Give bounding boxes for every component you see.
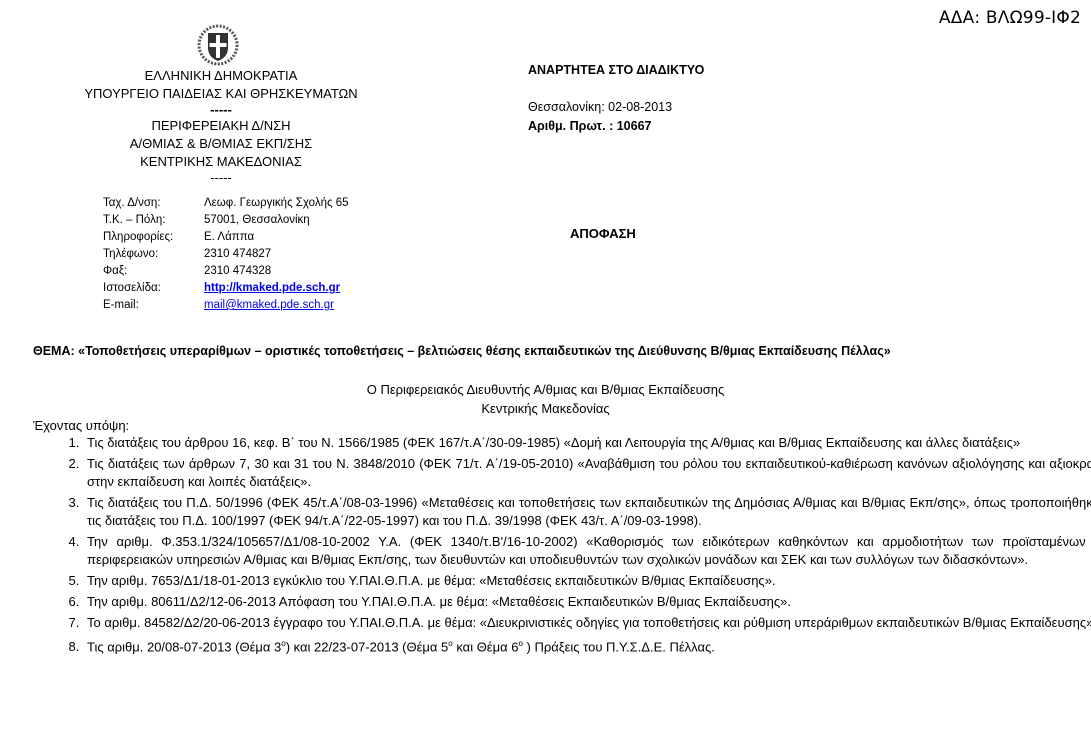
protocol-number: Αριθμ. Πρωτ. : 10667 xyxy=(528,119,651,133)
issuer-header: ΕΛΛΗΝΙΚΗ ΔΗΜΟΚΡΑΤΙΑ ΥΠΟΥΡΓΕΙΟ ΠΑΙΔΕΙΑΣ Κ… xyxy=(60,67,382,185)
place-date: Θεσσαλονίκη: 02-08-2013 xyxy=(528,100,672,114)
email-link[interactable]: mail@kmaked.pde.sch.gr xyxy=(204,297,334,314)
info-label: Πληροφορίες: xyxy=(103,229,204,246)
website-label: Ιστοσελίδα: xyxy=(103,280,204,297)
city-label: Τ.Κ. – Πόλη: xyxy=(103,212,204,229)
considering-label: Έχοντας υπόψη: xyxy=(33,418,129,433)
fax-value: 2310 474328 xyxy=(204,263,271,280)
post-online-notice: ΑΝΑΡΤΗΤΕΑ ΣΤΟ ΔΙΑΔΙΚΤΥΟ xyxy=(528,63,704,77)
list-item: Τις διατάξεις του Π.Δ. 50/1996 (ΦΕΚ 45/τ… xyxy=(83,494,1091,530)
phone-value: 2310 474827 xyxy=(204,246,271,263)
header-separator: ----- xyxy=(60,103,382,117)
ada-code: ΑΔΑ: ΒΛΩ99-ΙΦ2 xyxy=(939,8,1081,28)
list-item: Την αριθμ. 7653/Δ1/18-01-2013 εγκύκλιο τ… xyxy=(83,572,1091,590)
header-line: ΚΕΝΤΡΙΚΗΣ ΜΑΚΕΔΟΝΙΑΣ xyxy=(60,153,382,171)
header-separator: ----- xyxy=(60,171,382,185)
greek-coat-of-arms-icon xyxy=(197,24,239,68)
fax-label: Φαξ: xyxy=(103,263,204,280)
list-item: Τις αριθμ. 20/08-07-2013 (Θέμα 3o) και 2… xyxy=(83,635,1091,656)
header-line: Α/ΘΜΙΑΣ & Β/ΘΜΙΑΣ ΕΚΠ/ΣΗΣ xyxy=(60,135,382,153)
header-line: ΕΛΛΗΝΙΚΗ ΔΗΜΟΚΡΑΤΙΑ xyxy=(60,67,382,85)
header-line: ΥΠΟΥΡΓΕΙΟ ΠΑΙΔΕΙΑΣ ΚΑΙ ΘΡΗΣΚΕΥΜΑΤΩΝ xyxy=(60,85,382,103)
list-item: Τις διατάξεις των άρθρων 7, 30 και 31 το… xyxy=(83,455,1091,491)
website-link[interactable]: http://kmaked.pde.sch.gr xyxy=(204,280,340,297)
city-value: 57001, Θεσσαλονίκη xyxy=(204,212,310,229)
list-item: Την αριθμ. Φ.353.1/324/105657/Δ1/08-10-2… xyxy=(83,533,1091,569)
contact-info: Ταχ. Δ/νση:Λεωφ. Γεωργικής Σχολής 65 Τ.Κ… xyxy=(103,195,349,314)
address-label: Ταχ. Δ/νση: xyxy=(103,195,204,212)
decision-title: ΑΠΟΦΑΣΗ xyxy=(570,226,636,241)
list-item: Τις διατάξεις του άρθρου 16, κεφ. Β΄ του… xyxy=(83,434,1091,452)
list-item: Το αριθμ. 84582/Δ2/20-06-2013 έγγραφο το… xyxy=(83,614,1091,632)
director-title: Ο Περιφερειακός Διευθυντής Α/θμιας και Β… xyxy=(0,380,1091,418)
list-item: Την αριθμ. 80611/Δ2/12-06-2013 Απόφαση τ… xyxy=(83,593,1091,611)
subject-line: ΘΕΜΑ: «Τοποθετήσεις υπεραρίθμων – οριστι… xyxy=(33,344,891,358)
director-line: Κεντρικής Μακεδονίας xyxy=(0,399,1091,418)
info-value: Ε. Λάππα xyxy=(204,229,254,246)
address-value: Λεωφ. Γεωργικής Σχολής 65 xyxy=(204,195,349,212)
header-line: ΠΕΡΙΦΕΡΕΙΑΚΗ Δ/ΝΣΗ xyxy=(60,117,382,135)
director-line: Ο Περιφερειακός Διευθυντής Α/θμιας και Β… xyxy=(0,380,1091,399)
phone-label: Τηλέφωνο: xyxy=(103,246,204,263)
email-label: E-mail: xyxy=(103,297,204,314)
considerations-list: Τις διατάξεις του άρθρου 16, κεφ. Β΄ του… xyxy=(33,434,1091,659)
